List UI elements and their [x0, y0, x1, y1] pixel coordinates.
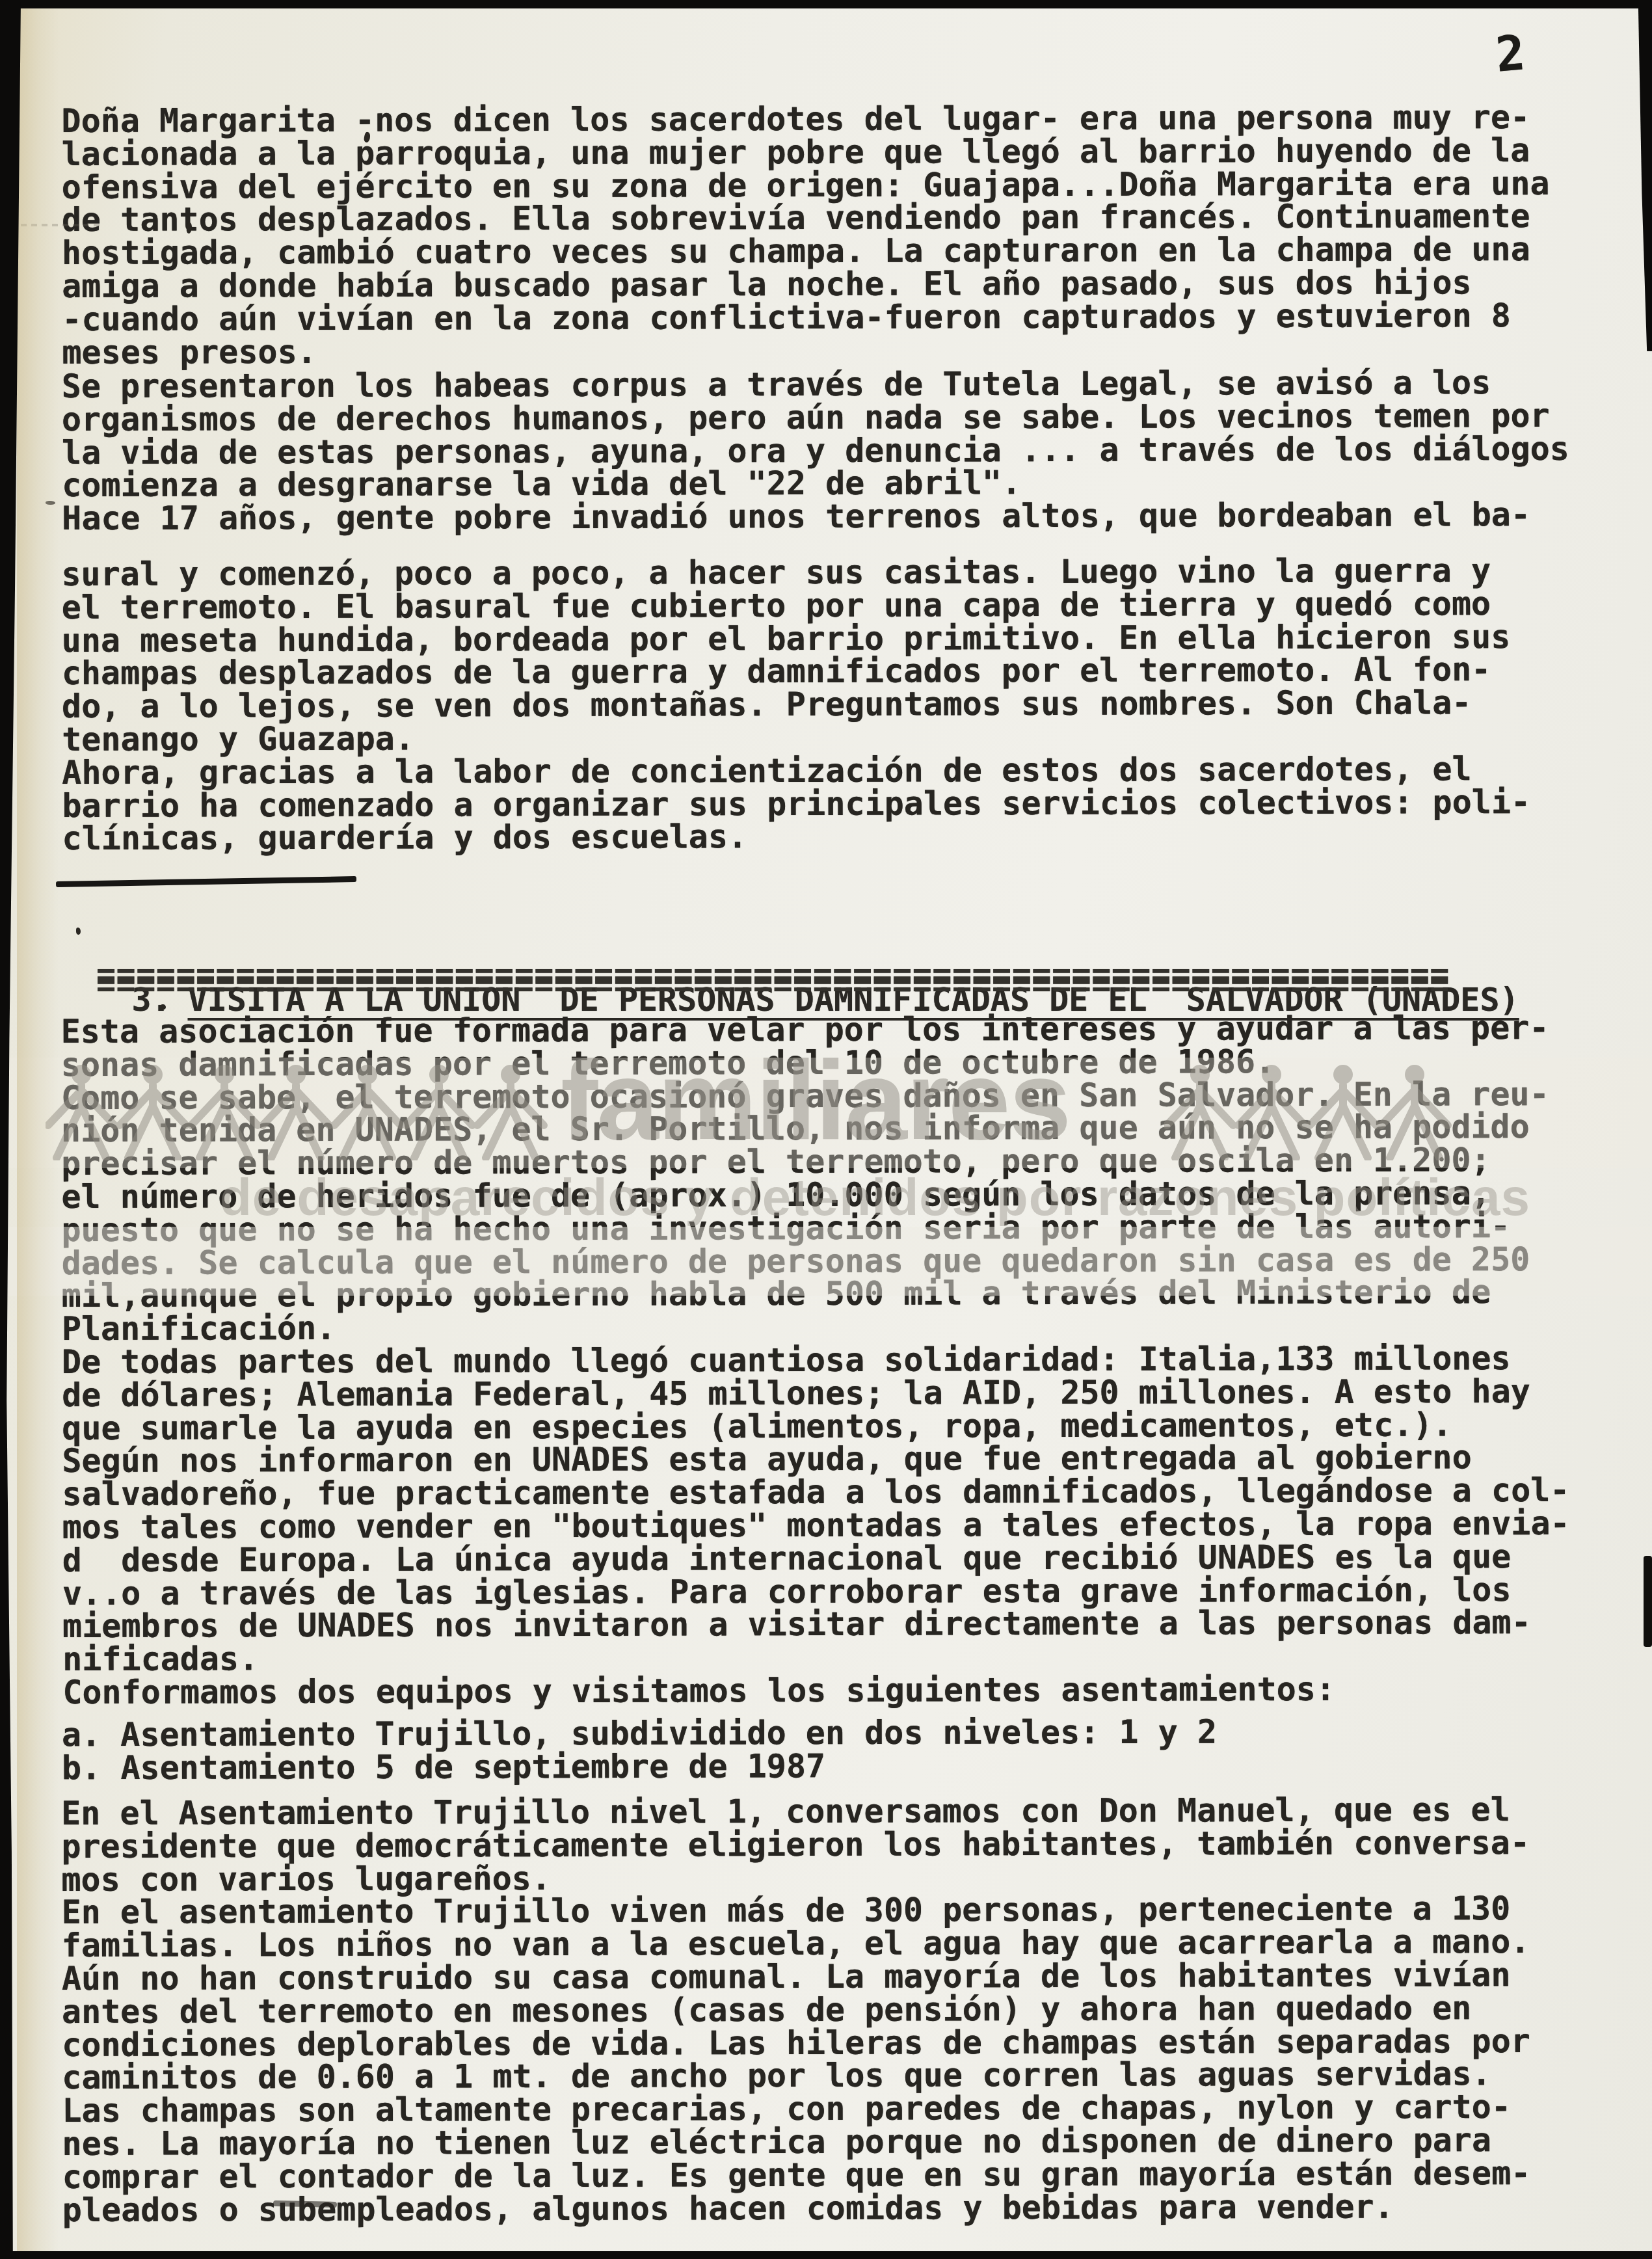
heading-underline: ========================================…	[96, 969, 1450, 991]
scanned-document-page: 2 Doña Margarita -nos dicen los sacerdot…	[0, 0, 1652, 2259]
page-number: 2	[1493, 25, 1527, 83]
paragraph-4: Esta asociación fue formada para velar p…	[61, 1011, 1571, 1709]
scan-edge-right	[1635, 0, 1652, 351]
paragraph-3: sural y comenzó, poco a poco, a hacer su…	[61, 554, 1530, 855]
ink-speck	[161, 1004, 166, 1009]
paragraph-5: En el Asentamiento Trujillo nivel 1, con…	[61, 1793, 1530, 2226]
ink-speck	[76, 928, 81, 935]
horizontal-rule	[56, 876, 356, 887]
scan-edge-top	[0, 0, 1652, 8]
scan-edge-right-sliver	[1644, 1556, 1652, 1647]
paragraph-1: Doña Margarita -nos dicen los sacerdotes…	[61, 101, 1550, 369]
paper-margin-shade	[17, 0, 59, 2259]
paragraph-2: Se presentaron los habeas corpus a travé…	[62, 366, 1570, 535]
settlement-list: a. Asentamiento Trujillo, subdividido en…	[62, 1716, 1217, 1785]
scan-edge-bottom	[0, 2251, 1652, 2259]
